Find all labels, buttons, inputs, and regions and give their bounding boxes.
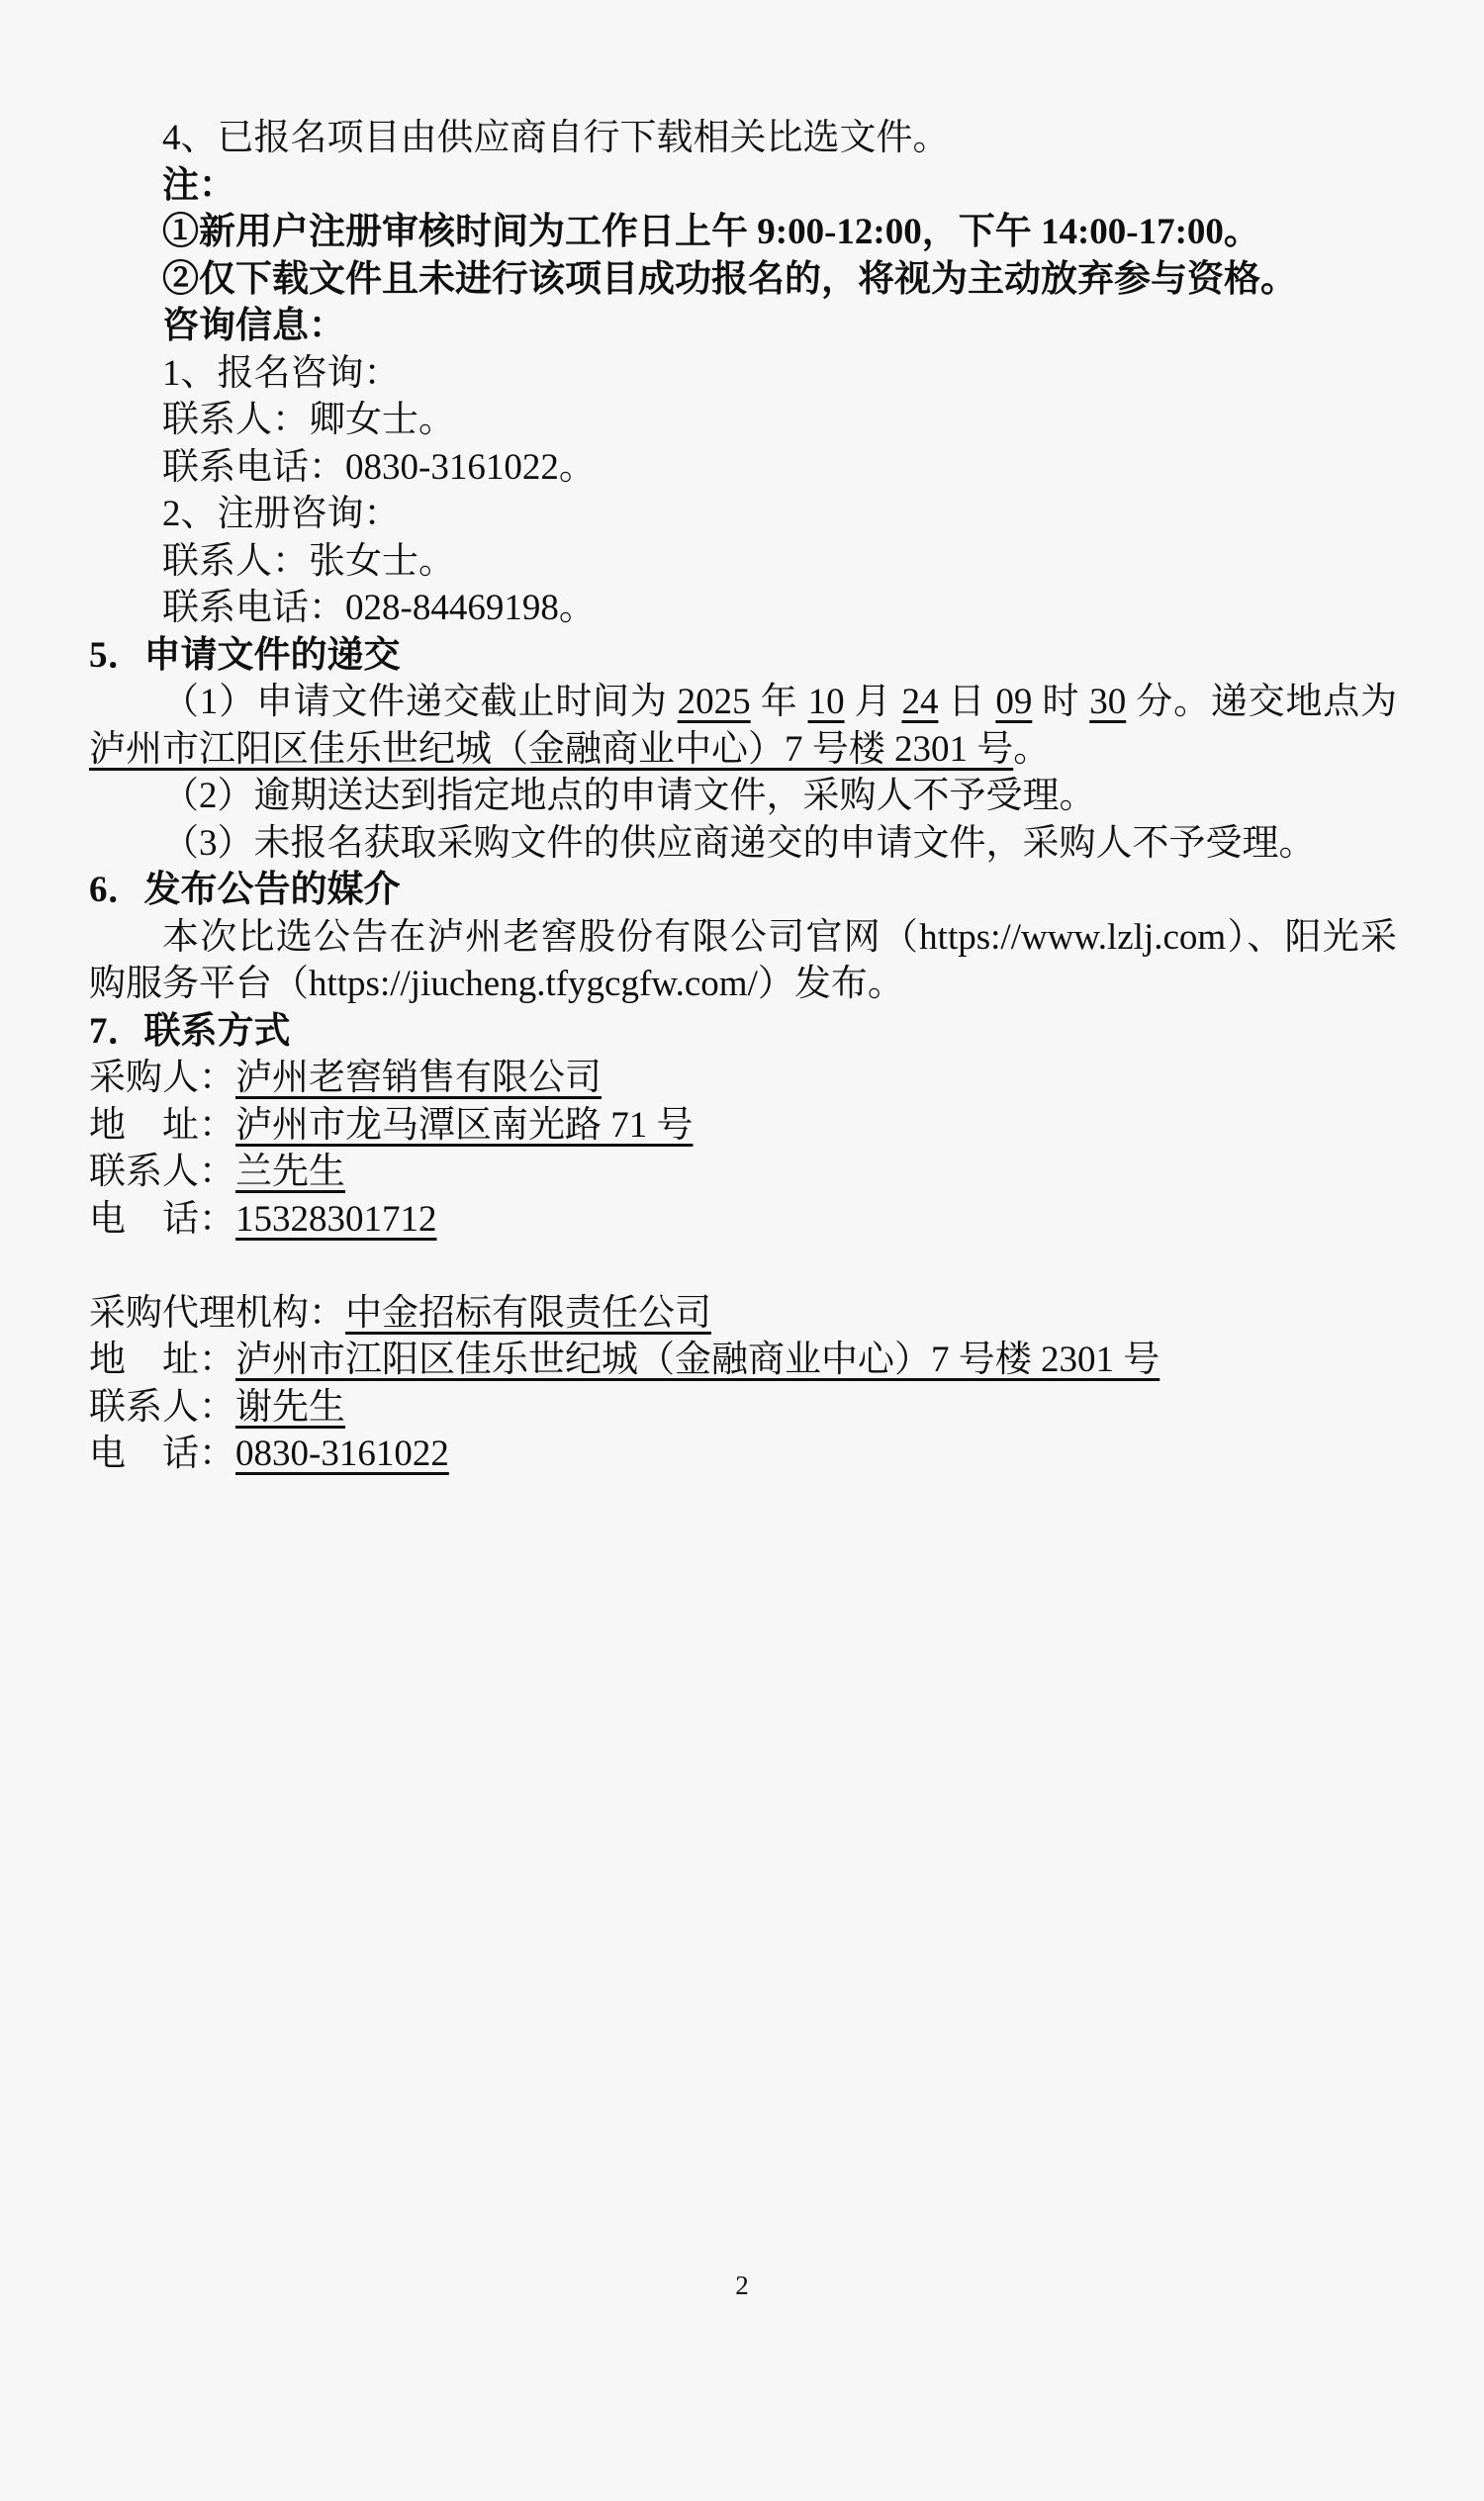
document-content: 4、已报名项目由供应商自行下载相关比选文件。 注： ①新用户注册审核时间为工作日… [89, 115, 1397, 1478]
consultation-register-contact: 联系人：张女士。 [89, 538, 1397, 586]
agency-name-row: 采购代理机构：中金招标有限责任公司 [89, 1290, 1397, 1338]
agency-address-value: 泸州市江阳区佳乐世纪城（金融商业中心）7 号楼 2301 号 [235, 1340, 1159, 1380]
consultation-signup-contact: 联系人：卿女士。 [89, 397, 1397, 444]
section5-item2: （2）逾期送达到指定地点的申请文件，采购人不予受理。 [89, 773, 1397, 820]
purchaser-name-label: 采购人： [89, 1058, 235, 1098]
agency-phone-value: 0830-3161022 [235, 1434, 449, 1474]
agency-name-label: 采购代理机构： [89, 1293, 345, 1334]
agency-phone-label: 电 话： [89, 1434, 235, 1474]
purchaser-phone-row: 电 话：15328301712 [89, 1196, 1397, 1244]
purchaser-phone-value: 15328301712 [235, 1199, 437, 1240]
purchaser-phone-label: 电 话： [89, 1199, 235, 1240]
agency-contact-label: 联系人： [89, 1387, 235, 1428]
purchaser-contact-value: 兰先生 [235, 1152, 345, 1192]
section6-heading: 6．发布公告的媒介 [89, 867, 1397, 914]
paragraph-download-note: 4、已报名项目由供应商自行下载相关比选文件。 [89, 115, 1397, 162]
agency-contact-value: 谢先生 [235, 1387, 345, 1428]
consultation-heading: 咨询信息： [89, 303, 1397, 350]
purchaser-address-row: 地 址：泸州市龙马潭区南光路 71 号 [89, 1102, 1397, 1150]
consultation-line-signup: 1、报名咨询： [89, 350, 1397, 398]
purchaser-name-row: 采购人：泸州老窖销售有限公司 [89, 1055, 1397, 1102]
consultation-signup-phone: 联系电话：0830-3161022。 [89, 444, 1397, 492]
agency-phone-row: 电 话：0830-3161022 [89, 1431, 1397, 1478]
consultation-register-phone: 联系电话：028-84469198。 [89, 585, 1397, 632]
agency-contact-row: 联系人：谢先生 [89, 1384, 1397, 1432]
purchaser-contact-row: 联系人：兰先生 [89, 1149, 1397, 1196]
agency-address-row: 地 址：泸州市江阳区佳乐世纪城（金融商业中心）7 号楼 2301 号 [89, 1337, 1397, 1384]
section7-heading: 7．联系方式 [89, 1008, 1397, 1056]
section5-heading: 5．申请文件的递交 [89, 632, 1397, 680]
note-item-1: ①新用户注册审核时间为工作日上午 9:00-12:00，下午 14:00-17:… [89, 209, 1397, 256]
consultation-line-register: 2、注册咨询： [89, 491, 1397, 538]
agency-name-value: 中金招标有限责任公司 [345, 1293, 711, 1334]
document-page: 4、已报名项目由供应商自行下载相关比选文件。 注： ①新用户注册审核时间为工作日… [0, 0, 1484, 2501]
purchaser-name-value: 泸州老窖销售有限公司 [235, 1058, 602, 1098]
blank-line-separator [89, 1243, 1397, 1290]
purchaser-address-value: 泸州市龙马潭区南光路 71 号 [235, 1105, 694, 1146]
page-number: 2 [0, 2269, 1484, 2302]
purchaser-address-label: 地 址： [89, 1105, 235, 1146]
purchaser-contact-label: 联系人： [89, 1152, 235, 1192]
section6-body: 本次比选公告在泸州老窖股份有限公司官网（https://www.lzlj.com… [89, 914, 1397, 1008]
section5-item3: （3）未报名获取采购文件的供应商递交的申请文件，采购人不予受理。 [89, 820, 1397, 868]
section5-item1: （1）申请文件递交截止时间为 2025 年 10 月 24 日 09 时 30 … [89, 679, 1397, 773]
note-item-2: ②仅下载文件且未进行该项目成功报名的，将视为主动放弃参与资格。 [89, 256, 1397, 304]
agency-address-label: 地 址： [89, 1340, 235, 1380]
note-label: 注： [89, 162, 1397, 210]
